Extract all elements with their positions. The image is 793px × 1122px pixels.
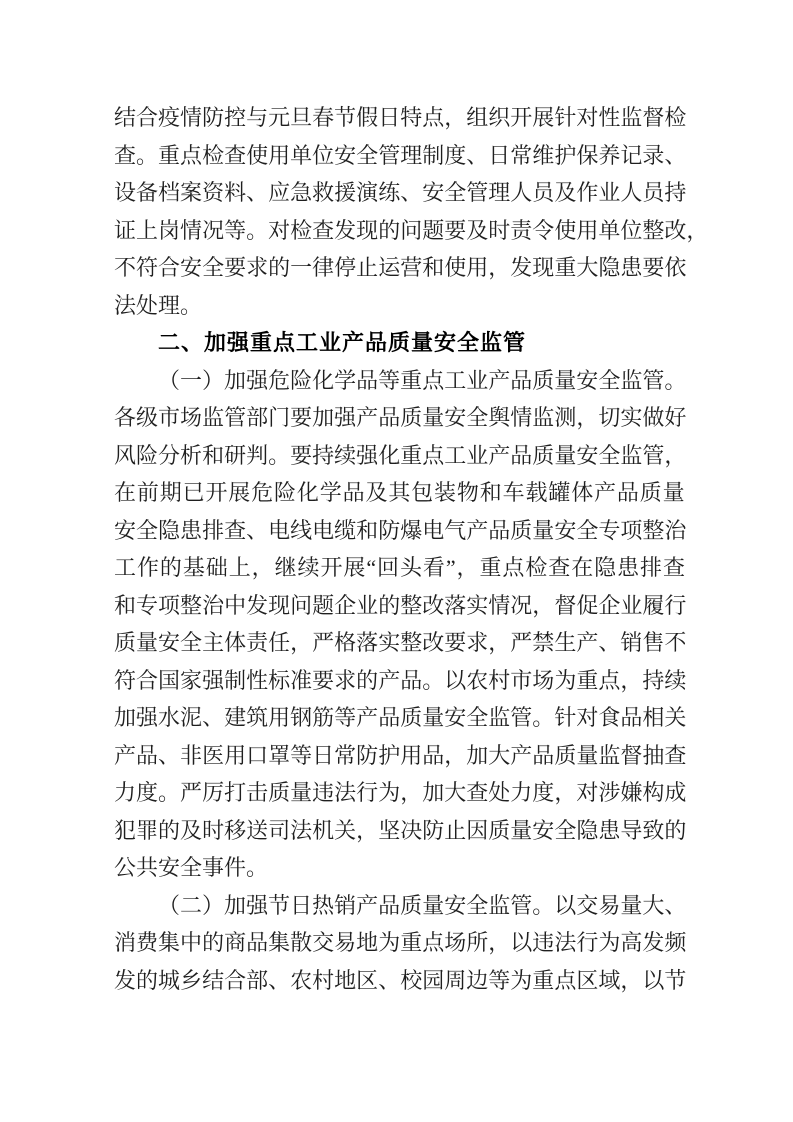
- glyph: ，: [444, 99, 466, 137]
- glyph: 产: [356, 399, 378, 437]
- glyph: 用: [400, 737, 422, 775]
- glyph: 标: [268, 662, 290, 700]
- glyph: 线: [290, 512, 312, 550]
- glyph: 罐: [548, 474, 570, 512]
- paragraph-lead-line: （一）加强危险化学品等重点工业产品质量安全监管。: [114, 362, 685, 400]
- glyph: 用: [466, 249, 488, 287]
- glyph: 违: [532, 924, 554, 962]
- glyph: 消: [114, 924, 136, 962]
- glyph: 全: [466, 699, 488, 737]
- glyph: 落: [356, 624, 378, 662]
- glyph: 地: [356, 924, 378, 962]
- glyph: 录: [642, 137, 664, 175]
- glyph: 查: [466, 774, 488, 812]
- text-line: 工作的基础上，继续开展“回头看”，重点检查在隐患排查: [114, 549, 685, 587]
- glyph: 针: [554, 99, 576, 137]
- glyph: 为: [554, 662, 576, 700]
- glyph: 要: [444, 212, 466, 250]
- glyph: 持: [312, 437, 334, 475]
- glyph: 切: [598, 399, 620, 437]
- glyph: 隐: [158, 512, 180, 550]
- glyph: 量: [554, 437, 576, 475]
- glyph: 量: [532, 512, 554, 550]
- glyph: ，: [620, 962, 642, 1000]
- glyph: 员: [532, 174, 554, 212]
- glyph: 准: [290, 662, 312, 700]
- glyph: 安: [444, 887, 466, 925]
- glyph: 点: [422, 362, 444, 400]
- glyph: 市: [510, 662, 532, 700]
- glyph: 以: [510, 924, 532, 962]
- glyph: 度: [444, 137, 466, 175]
- glyph: 性: [246, 662, 268, 700]
- glyph: 运: [378, 249, 400, 287]
- glyph: 的: [268, 249, 290, 287]
- glyph: 场: [532, 662, 554, 700]
- glyph: 大: [642, 887, 664, 925]
- glyph: 不: [114, 249, 136, 287]
- glyph: 频: [664, 924, 686, 962]
- glyph: 全: [180, 624, 202, 662]
- glyph: 加: [422, 774, 444, 812]
- text-line: 符合国家强制性标准要求的产品。以农村市场为重点，持续: [114, 662, 685, 700]
- glyph: 风: [114, 437, 136, 475]
- text-line: 产品、非医用口罩等日常防护用品，加大产品质量监督抽查: [114, 737, 685, 775]
- glyph: 为: [378, 924, 400, 962]
- glyph: 所: [466, 924, 488, 962]
- glyph: 、: [466, 137, 488, 175]
- glyph: 、: [158, 737, 180, 775]
- glyph: 管: [466, 174, 488, 212]
- glyph: 各: [114, 399, 136, 437]
- glyph: 等: [290, 737, 312, 775]
- glyph: 非: [180, 737, 202, 775]
- glyph: 题: [422, 212, 444, 250]
- glyph: 治: [202, 587, 224, 625]
- glyph: 业: [466, 362, 488, 400]
- glyph: 开: [320, 549, 342, 587]
- glyph: 止: [356, 249, 378, 287]
- glyph: 证: [114, 212, 136, 250]
- glyph: 日: [290, 887, 312, 925]
- text-line: 结合疫情防控与元旦春节假日特点，组织开展针对性监督检: [114, 99, 685, 137]
- glyph: 展: [532, 99, 554, 137]
- glyph: 一: [290, 249, 312, 287]
- glyph: 针: [554, 699, 576, 737]
- glyph: 析: [180, 437, 202, 475]
- glyph: 全: [444, 174, 466, 212]
- glyph: 售: [642, 624, 664, 662]
- glyph: 续: [664, 662, 686, 700]
- glyph: 履: [642, 587, 664, 625]
- glyph: 全: [356, 137, 378, 175]
- glyph: 品: [510, 362, 532, 400]
- glyph: 村: [312, 962, 334, 1000]
- glyph: 、: [664, 887, 686, 925]
- glyph: 安: [444, 399, 466, 437]
- glyph: 。: [422, 662, 444, 700]
- glyph: 理: [488, 174, 510, 212]
- glyph: 行: [664, 587, 686, 625]
- glyph: 点: [554, 962, 576, 1000]
- glyph: 的: [664, 812, 686, 850]
- glyph: 家: [180, 662, 202, 700]
- glyph: 等: [224, 212, 246, 250]
- glyph: 续: [334, 437, 356, 475]
- glyph: 级: [136, 399, 158, 437]
- glyph: 展: [228, 474, 250, 512]
- glyph: 、: [598, 624, 620, 662]
- glyph: 监: [532, 399, 554, 437]
- glyph: 产: [466, 512, 488, 550]
- glyph: 时: [202, 812, 224, 850]
- glyph: 防: [202, 99, 224, 137]
- glyph: 。: [246, 212, 268, 250]
- glyph: 况: [202, 212, 224, 250]
- glyph: 记: [620, 137, 642, 175]
- text-line: 安全隐患排查、电线电缆和防爆电气产品质量安全专项整治: [114, 512, 685, 550]
- glyph: 成: [664, 774, 686, 812]
- glyph: 农: [290, 962, 312, 1000]
- glyph: 法: [334, 774, 356, 812]
- glyph: 的: [378, 587, 400, 625]
- glyph: 大: [576, 249, 598, 287]
- glyph: 假: [356, 99, 378, 137]
- glyph: 已: [183, 474, 205, 512]
- glyph: 力: [510, 774, 532, 812]
- glyph: 求: [246, 249, 268, 287]
- glyph: ，: [664, 437, 686, 475]
- glyph: 中: [224, 587, 246, 625]
- glyph: 。: [158, 774, 180, 812]
- glyph: 专: [598, 512, 620, 550]
- glyph: 强: [202, 662, 224, 700]
- glyph: 的: [158, 812, 180, 850]
- glyph: 管: [642, 362, 664, 400]
- glyph: 继: [275, 549, 297, 587]
- glyph: 的: [136, 962, 158, 1000]
- glyph: 危: [268, 362, 290, 400]
- glyph: 销: [620, 624, 642, 662]
- glyph: 机: [312, 812, 334, 850]
- glyph: 养: [598, 137, 620, 175]
- glyph: 要: [444, 624, 466, 662]
- glyph: 全: [466, 399, 488, 437]
- glyph: 资: [202, 174, 224, 212]
- glyph: 司: [268, 812, 290, 850]
- glyph: 备: [136, 174, 158, 212]
- glyph: 物: [457, 474, 479, 512]
- glyph: 费: [136, 924, 158, 962]
- text-line: 力度。严厉打击质量违法行为，加大查处力度，对涉嫌构成: [114, 774, 685, 812]
- glyph: 排: [640, 549, 662, 587]
- glyph: 量: [620, 887, 642, 925]
- glyph: 护: [554, 137, 576, 175]
- glyph: 使: [444, 249, 466, 287]
- glyph: 和: [356, 512, 378, 550]
- glyph: 加: [224, 362, 246, 400]
- glyph: 场: [180, 399, 202, 437]
- glyph: 符: [136, 249, 158, 287]
- glyph: 实: [620, 399, 642, 437]
- glyph: 的: [202, 924, 224, 962]
- glyph: 情: [510, 399, 532, 437]
- glyph: 品: [136, 737, 158, 775]
- glyph: 品: [246, 924, 268, 962]
- glyph: 护: [378, 737, 400, 775]
- glyph: 节: [664, 962, 686, 1000]
- glyph: 电: [312, 512, 334, 550]
- glyph: 求: [466, 624, 488, 662]
- glyph: 止: [444, 812, 466, 850]
- glyph: 日: [488, 137, 510, 175]
- glyph: 为: [378, 774, 400, 812]
- glyph: 安: [554, 512, 576, 550]
- glyph: 应: [268, 174, 290, 212]
- text-segment: 法处理。: [114, 287, 202, 325]
- glyph: 场: [444, 924, 466, 962]
- glyph: 移: [224, 812, 246, 850]
- glyph: 整: [642, 212, 664, 250]
- glyph: 好: [664, 399, 686, 437]
- glyph: 促: [576, 587, 598, 625]
- glyph: 项: [620, 512, 642, 550]
- glyph: 查: [312, 212, 334, 250]
- glyph: 抽: [642, 737, 664, 775]
- glyph: 一: [180, 362, 202, 400]
- glyph: 产: [488, 362, 510, 400]
- glyph: 严: [510, 624, 532, 662]
- glyph: 车: [503, 474, 525, 512]
- glyph: 口: [246, 737, 268, 775]
- glyph: 企: [334, 587, 356, 625]
- glyph: 要: [642, 249, 664, 287]
- document-page: 结合疫情防控与元旦春节假日特点，组织开展针对性监督检查。重点检查使用单位安全管理…: [0, 0, 793, 1122]
- glyph: 关: [664, 699, 686, 737]
- glyph: 不: [664, 624, 686, 662]
- glyph: 集: [268, 924, 290, 962]
- glyph: 禁: [532, 624, 554, 662]
- glyph: 法: [290, 812, 312, 850]
- glyph: 质: [488, 812, 510, 850]
- glyph: 问: [400, 212, 422, 250]
- glyph: 园: [422, 962, 444, 1000]
- glyph: 量: [576, 737, 598, 775]
- glyph: 等: [488, 962, 510, 1000]
- glyph: 要: [290, 437, 312, 475]
- glyph: 作: [137, 549, 159, 587]
- glyph: 重: [554, 249, 576, 287]
- glyph: 产: [378, 662, 400, 700]
- glyph: 在: [571, 549, 593, 587]
- glyph: 看: [423, 549, 445, 587]
- glyph: 改: [422, 587, 444, 625]
- glyph: 导: [620, 812, 642, 850]
- paragraph-lead-line: （二）加强节日热销产品质量安全监管。以交易量大、: [114, 887, 685, 925]
- glyph: 品: [617, 474, 639, 512]
- glyph: 的: [356, 662, 378, 700]
- glyph: 决: [400, 812, 422, 850]
- glyph: 加: [114, 699, 136, 737]
- glyph: 品: [532, 737, 554, 775]
- glyph: 符: [114, 662, 136, 700]
- glyph: 化: [312, 362, 334, 400]
- glyph: 。: [532, 699, 554, 737]
- glyph: 开: [510, 99, 532, 137]
- glyph: 以: [444, 662, 466, 700]
- glyph: 、: [378, 962, 400, 1000]
- glyph: 员: [642, 174, 664, 212]
- glyph: 热: [312, 887, 334, 925]
- glyph: 产: [576, 624, 598, 662]
- glyph: 强: [246, 887, 268, 925]
- glyph: 患: [620, 249, 642, 287]
- glyph: 做: [642, 399, 664, 437]
- glyph: 基: [183, 549, 205, 587]
- glyph: 重: [400, 924, 422, 962]
- glyph: 专: [136, 587, 158, 625]
- glyph: 持: [664, 174, 686, 212]
- glyph: 、: [246, 174, 268, 212]
- glyph: 质: [554, 737, 576, 775]
- glyph: 安: [334, 137, 356, 175]
- glyph: 点: [422, 99, 444, 137]
- glyph: 对: [576, 774, 598, 812]
- glyph: 要: [312, 662, 334, 700]
- glyph: 和: [422, 249, 444, 287]
- glyph: 、: [202, 699, 224, 737]
- glyph: 企: [598, 587, 620, 625]
- glyph: 钢: [290, 699, 312, 737]
- glyph: 量: [136, 624, 158, 662]
- glyph: 品: [510, 437, 532, 475]
- glyph: 理: [400, 137, 422, 175]
- glyph: 作: [576, 174, 598, 212]
- glyph: 用: [268, 137, 290, 175]
- glyph: 因: [466, 812, 488, 850]
- glyph: 头: [400, 549, 422, 587]
- glyph: 装: [434, 474, 456, 512]
- glyph: 生: [554, 624, 576, 662]
- glyph: 使: [554, 212, 576, 250]
- glyph: 元: [268, 99, 290, 137]
- document-body: 结合疫情防控与元旦春节假日特点，组织开展针对性监督检查。重点检查使用单位安全管理…: [114, 99, 685, 999]
- glyph: 求: [334, 662, 356, 700]
- glyph: 管: [510, 699, 532, 737]
- text-line: 在前期已开展危险化学品及其包装物和车载罐体产品质量: [114, 474, 685, 512]
- glyph: 督: [620, 737, 642, 775]
- glyph: 业: [466, 437, 488, 475]
- glyph: 市: [158, 399, 180, 437]
- glyph: 危: [251, 474, 273, 512]
- glyph: 品: [378, 399, 400, 437]
- glyph: 力: [114, 774, 136, 812]
- glyph: 业: [598, 174, 620, 212]
- glyph: 查: [114, 137, 136, 175]
- glyph: 城: [158, 962, 180, 1000]
- glyph: 构: [642, 774, 664, 812]
- glyph: 安: [532, 812, 554, 850]
- glyph: 电: [422, 512, 444, 550]
- glyph: 织: [488, 99, 510, 137]
- glyph: 嫌: [620, 774, 642, 812]
- glyph: 坚: [378, 812, 400, 850]
- glyph: 练: [378, 174, 400, 212]
- glyph: 筋: [312, 699, 334, 737]
- glyph: 开: [205, 474, 227, 512]
- glyph: ，: [554, 774, 576, 812]
- glyph: 罪: [136, 812, 158, 850]
- glyph: 校: [400, 962, 422, 1000]
- glyph: 及: [180, 812, 202, 850]
- glyph: 用: [268, 699, 290, 737]
- glyph: 落: [444, 587, 466, 625]
- glyph: 管: [378, 137, 400, 175]
- glyph: 合: [136, 99, 158, 137]
- glyph: 产: [594, 474, 616, 512]
- glyph: 料: [224, 174, 246, 212]
- glyph: 体: [224, 624, 246, 662]
- glyph: 及: [365, 474, 387, 512]
- glyph: 岗: [158, 212, 180, 250]
- glyph: 相: [642, 699, 664, 737]
- glyph: 大: [488, 737, 510, 775]
- glyph: 合: [158, 249, 180, 287]
- glyph: 量: [663, 474, 685, 512]
- glyph: 点: [180, 137, 202, 175]
- glyph: 依: [664, 249, 686, 287]
- glyph: 患: [598, 812, 620, 850]
- glyph: 送: [246, 812, 268, 850]
- glyph: 查: [664, 737, 686, 775]
- glyph: 、: [246, 512, 268, 550]
- glyph: 判: [246, 437, 268, 475]
- glyph: 质: [400, 399, 422, 437]
- glyph: 重: [576, 662, 598, 700]
- glyph: 要: [290, 399, 312, 437]
- glyph: 全: [576, 512, 598, 550]
- glyph: 控: [224, 99, 246, 137]
- glyph: 任: [268, 624, 290, 662]
- glyph: 排: [202, 512, 224, 550]
- glyph: 患: [180, 512, 202, 550]
- glyph: 门: [268, 399, 290, 437]
- glyph: 防: [356, 737, 378, 775]
- glyph: 易: [598, 887, 620, 925]
- glyph: 发: [510, 249, 532, 287]
- glyph: 日: [378, 99, 400, 137]
- glyph: 实: [378, 624, 400, 662]
- glyph: 强: [356, 437, 378, 475]
- glyph: 地: [334, 962, 356, 1000]
- glyph: 常: [334, 737, 356, 775]
- glyph: 人: [510, 174, 532, 212]
- glyph: 散: [290, 924, 312, 962]
- glyph: 质: [532, 362, 554, 400]
- glyph: 医: [202, 737, 224, 775]
- glyph: 格: [334, 624, 356, 662]
- glyph: ，: [532, 587, 554, 625]
- glyph: 严: [180, 774, 202, 812]
- glyph: 情: [180, 99, 202, 137]
- glyph: 监: [202, 399, 224, 437]
- glyph: 载: [525, 474, 547, 512]
- glyph: 安: [180, 249, 202, 287]
- glyph: 食: [598, 699, 620, 737]
- glyph: 础: [206, 549, 228, 587]
- glyph: 点: [422, 437, 444, 475]
- glyph: 保: [576, 137, 598, 175]
